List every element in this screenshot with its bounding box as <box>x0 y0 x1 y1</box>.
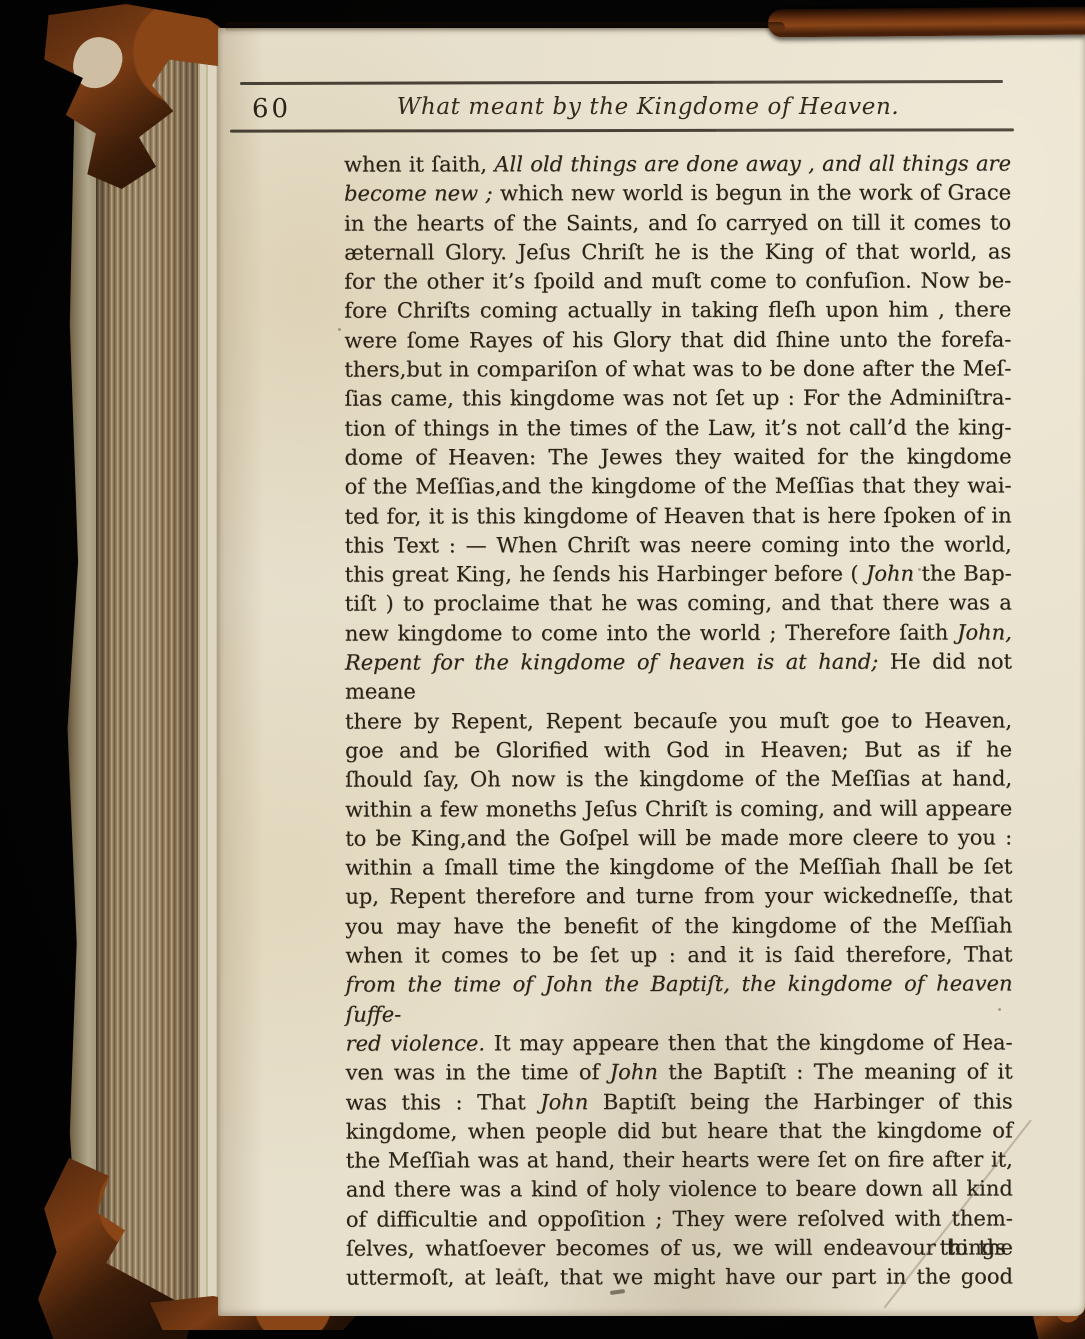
text-line: thers,but in compariſon of what was to b… <box>344 354 1011 384</box>
text-line: ſias came, this kingdome was not ſet up … <box>344 384 1011 414</box>
dust-speck <box>918 568 921 571</box>
catchword: things <box>345 1233 1012 1263</box>
text-line: new kingdome to come into the world ; Th… <box>345 618 1012 648</box>
page-number: 60 <box>252 94 291 124</box>
text-line: of difficultie and oppoſition ; They wer… <box>346 1204 1013 1234</box>
text-line: from the time of John the Baptiſt, the k… <box>345 970 1012 1030</box>
text-line: æternall Glory. Jeſus Chriſt he is the K… <box>344 237 1011 267</box>
text-line: ted for, it is this kingdome of Heaven t… <box>345 501 1012 531</box>
text-line: this Text : — When Chriſt was neere comi… <box>345 530 1012 560</box>
text-line: of the Meſſias,and the kingdome of the M… <box>345 472 1012 502</box>
text-line: tiſt ) to proclaime that he was coming, … <box>345 589 1012 619</box>
text-line: within a few moneths Jeſus Chriſt is com… <box>345 794 1012 824</box>
text-line: were ſome Rayes of his Glory that did ſh… <box>344 325 1011 355</box>
leather-binding-top-roll <box>768 7 1085 38</box>
text-line: dome of Heaven: The Jewes they waited fo… <box>345 442 1012 472</box>
page-top-edge-shadow <box>225 22 785 32</box>
book-fore-edge-pages <box>96 34 202 1306</box>
dust-speck <box>518 1268 521 1271</box>
text-line: ſhould ſay, Oh now is the kingdome of th… <box>345 765 1012 795</box>
book-photograph: 60 What meant by the Kingdome of Heaven.… <box>0 0 1085 1339</box>
text-line: you may have the benefit of the kingdome… <box>345 911 1012 941</box>
text-line: when it comes to be ſet up : and it is ſ… <box>345 940 1012 970</box>
text-line: was this : That John Baptiſt being the H… <box>346 1087 1013 1117</box>
ink-smudge <box>610 1289 625 1295</box>
text-block: when it ſaith, All old things are done a… <box>344 149 1013 1293</box>
text-line: uttermoſt, at leaſt, that we might have … <box>346 1263 1013 1293</box>
text-line: red violence. It may appeare then that t… <box>346 1028 1013 1058</box>
text-line: to be King,and the Goſpel will be made m… <box>345 823 1012 853</box>
text-line: goe and be Glorified with God in Heaven;… <box>345 735 1012 765</box>
text-line: when it ſaith, All old things are done a… <box>344 149 1011 179</box>
text-line: kingdome, when people did but heare that… <box>346 1116 1013 1146</box>
text-line: in the hearts of the Saints, and ſo carr… <box>344 208 1011 238</box>
text-line: and there was a kind of holy violence to… <box>346 1175 1013 1205</box>
text-line: up, Repent therefore and turne from your… <box>345 882 1012 912</box>
text-line: for the other it’s ſpoild and muſt come … <box>344 267 1011 297</box>
header-rule-bottom <box>230 128 1014 132</box>
page-edge-strip <box>198 32 220 1310</box>
text-line: tion of things in the times of the Law, … <box>344 413 1011 443</box>
text-line: the Meſſiah was at hand, their hearts we… <box>346 1146 1013 1176</box>
book-page: 60 What meant by the Kingdome of Heaven.… <box>218 28 1085 1316</box>
text-line: ven was in the time of John the Baptiſt … <box>346 1058 1013 1088</box>
text-line: become new ; which new world is begun in… <box>344 179 1011 209</box>
dust-speck <box>998 1008 1001 1011</box>
text-line: fore Chriſts coming actually in taking f… <box>344 296 1011 326</box>
text-line: there by Repent, Repent becauſe you muſt… <box>345 706 1012 736</box>
header-rule-top <box>240 80 1003 85</box>
text-line: this great King, he ſends his Harbinger … <box>345 560 1012 590</box>
text-line: within a ſmall time the kingdome of the … <box>345 853 1012 883</box>
text-line: Repent for the kingdome of heaven is at … <box>345 647 1012 707</box>
running-title: What meant by the Kingdome of Heaven. <box>358 94 938 120</box>
catchword-block: things <box>345 1233 1012 1263</box>
dust-speck <box>338 328 341 331</box>
